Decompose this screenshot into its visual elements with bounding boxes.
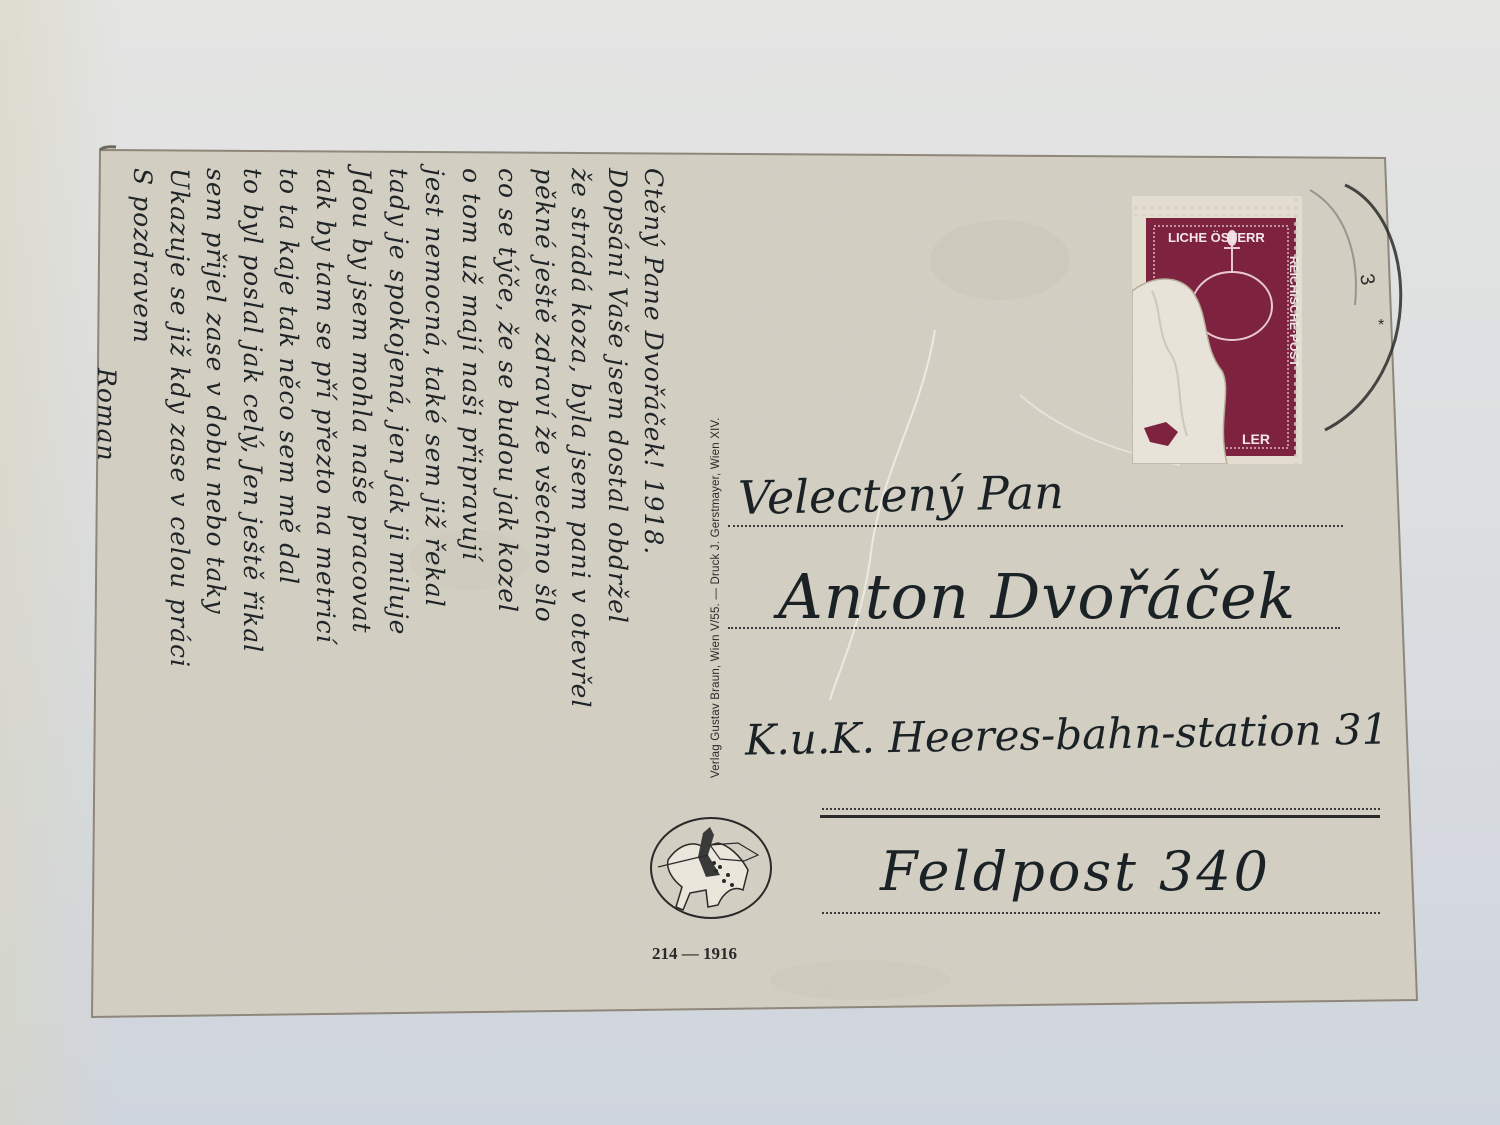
- address-line-rule-1: [728, 525, 1343, 527]
- card-serial-number: 214 — 1916: [652, 944, 737, 964]
- message-line: co se týče, že se budou jak kozel: [493, 168, 522, 613]
- message-line: pěkné ještě zdraví že všechno šlo: [530, 168, 559, 623]
- message-line: že strádá koza, byla jsem pani v otevřel: [566, 168, 595, 708]
- postage-stamp: LICHE ÖSTERR REICHISCHE·POST LER: [1132, 196, 1302, 464]
- message-signature: Roman: [92, 368, 121, 462]
- message-line: o tom už mají naši připravují: [457, 168, 486, 561]
- message-line: Ukazuje se již kdy zase v celou práci: [165, 168, 194, 668]
- message-line: Ctěný Pane Dvořáček! 1918.: [639, 168, 668, 555]
- stamp-value-fragment: LER: [1242, 431, 1270, 447]
- address-recipient-name: Anton Dvořáček: [778, 560, 1296, 633]
- message-line: Jdou by jsem mohla naše pracovat: [347, 168, 376, 634]
- address-feldpost: Feldpost 340: [880, 840, 1271, 903]
- svg-text:*: *: [1378, 317, 1384, 334]
- address-line-rule-4: [822, 912, 1380, 914]
- publisher-imprint: Verlag Gustav Braun, Wien V/55. — Druck …: [710, 417, 722, 778]
- message-line: jest nemocná, také sem již řekal: [420, 168, 449, 608]
- address-line-rule-solid: [820, 815, 1380, 818]
- address-line-rule-3: [822, 808, 1380, 810]
- address-salutation: Velectený Pan: [738, 465, 1065, 525]
- message-line: S pozdravem: [128, 168, 157, 344]
- message-line: sem přijel zase v dobu nebo taky: [201, 168, 230, 615]
- message-line: Dopsání Vaše jsem dostal obdržel: [603, 168, 632, 624]
- message-line: tak by tam se pří přezto na metricí: [311, 168, 340, 644]
- message-line: to byl poslal jak celý, Jen ještě řikal: [238, 168, 267, 653]
- message-line: to ta kaje tak něco sem mě dal: [274, 168, 303, 585]
- postcard: Ctěný Pane Dvořáček! 1918.Dopsání Vaše j…: [0, 0, 1500, 1125]
- message-line: tady je spokojená, jen jak ji miluje: [384, 168, 413, 635]
- knight-logo-icon: [648, 815, 774, 921]
- svg-text:3: 3: [1355, 272, 1379, 287]
- stamp-inscription-top: LICHE ÖSTERR: [1168, 230, 1265, 245]
